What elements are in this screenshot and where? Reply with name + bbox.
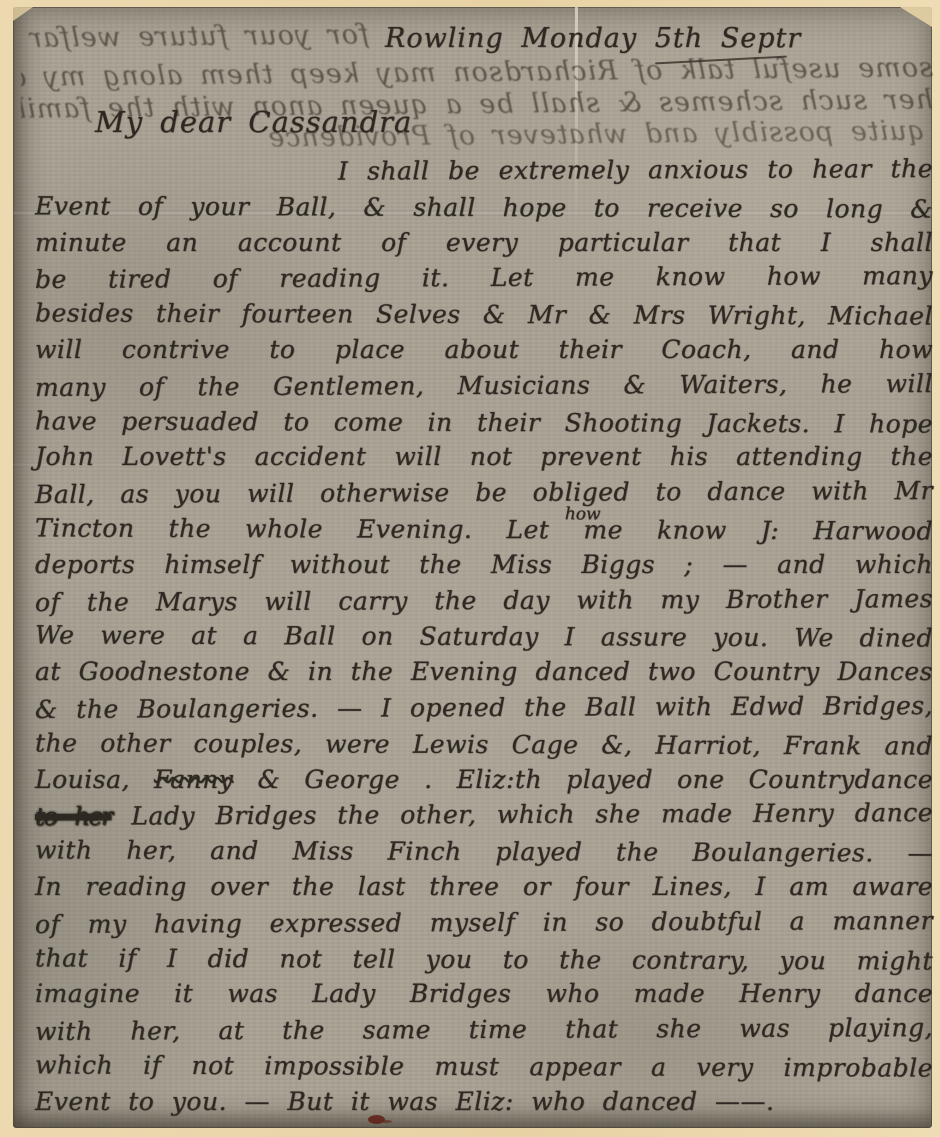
letter-line: I shall be extremely anxious to hear the xyxy=(35,151,933,191)
paper-corner-wear xyxy=(13,7,33,21)
letter-line: minute an account of every particular th… xyxy=(35,225,933,261)
letter-line: have persuaded to come in their Shooting… xyxy=(35,403,933,442)
letter-line: with her, and Miss Finch played the Boul… xyxy=(35,833,933,872)
letter-line: Event to you. — But it was Eliz: who dan… xyxy=(35,1084,933,1120)
ink-blot xyxy=(368,1115,385,1124)
letter-line: the other couples, were Lewis Cage &, Ha… xyxy=(35,725,933,764)
letter-line: be tired of reading it. Let me know how … xyxy=(35,258,933,298)
paper-corner-wear xyxy=(900,7,932,27)
interlinear-insertion: how xyxy=(565,497,601,533)
letter-line: Tincton the whole Evening. Let me know J… xyxy=(35,510,933,549)
letter-body: I shall be extremely anxious to hear the… xyxy=(35,153,933,1120)
line-text: Lady Bridges the other, which she made H… xyxy=(111,798,933,831)
letter-line: with her, at the same time that she was … xyxy=(35,1010,933,1050)
letter-line: Louisa, Fanny & George . Eliz:th played … xyxy=(35,762,933,798)
letter-line: We were at a Ball on Saturday I assure y… xyxy=(35,618,933,657)
letter-line: of the Marys will carry the day with my … xyxy=(35,581,933,621)
letter-line: & the Boulangeries. — I opened the Ball … xyxy=(35,688,933,728)
letter-line: In reading over the last three or four L… xyxy=(35,869,933,905)
salutation: My dear Cassandra xyxy=(95,105,412,139)
letter-line: will contrive to place about their Coach… xyxy=(35,332,933,368)
letter-line: to her Lady Bridges the other, which she… xyxy=(35,795,933,835)
dateline: Rowling Monday 5th Septr xyxy=(385,23,801,54)
line-text: Tincton the whole Evening. Let me know J… xyxy=(35,513,933,545)
letter-line: deports himself without the Miss Biggs ;… xyxy=(35,547,933,583)
line-text: & George . Eliz:th played one Countrydan… xyxy=(233,765,933,794)
letter-line: that if I did not tell you to the contra… xyxy=(35,940,933,979)
letter-line: Event of your Ball, & shall hope to rece… xyxy=(35,188,933,227)
letter-page: for your future welfare some useful talk… xyxy=(13,7,932,1128)
letter-line: imagine it was Lady Bridges who made Hen… xyxy=(35,976,933,1012)
letter-line: Ball, as you will otherwise be obliged t… xyxy=(35,473,933,513)
struck-word: Fanny xyxy=(154,765,233,794)
show-through-line: for your future welfare xyxy=(29,19,369,59)
letter-scan: for your future welfare some useful talk… xyxy=(0,0,940,1137)
scratched-out-word: to her xyxy=(35,802,111,831)
line-text: Louisa, xyxy=(35,765,154,794)
letter-line: many of the Gentlemen, Musicians & Waite… xyxy=(35,366,933,406)
letter-line: of my having expressed myself in so doub… xyxy=(35,903,933,943)
letter-line: besides their fourteen Selves & Mr & Mrs… xyxy=(35,296,933,335)
letter-line: John Lovett's accident will not prevent … xyxy=(35,439,933,475)
letter-line: at Goodnestone & in the Evening danced t… xyxy=(35,654,933,690)
letter-line: which if not impossible must appear a ve… xyxy=(35,1047,933,1086)
